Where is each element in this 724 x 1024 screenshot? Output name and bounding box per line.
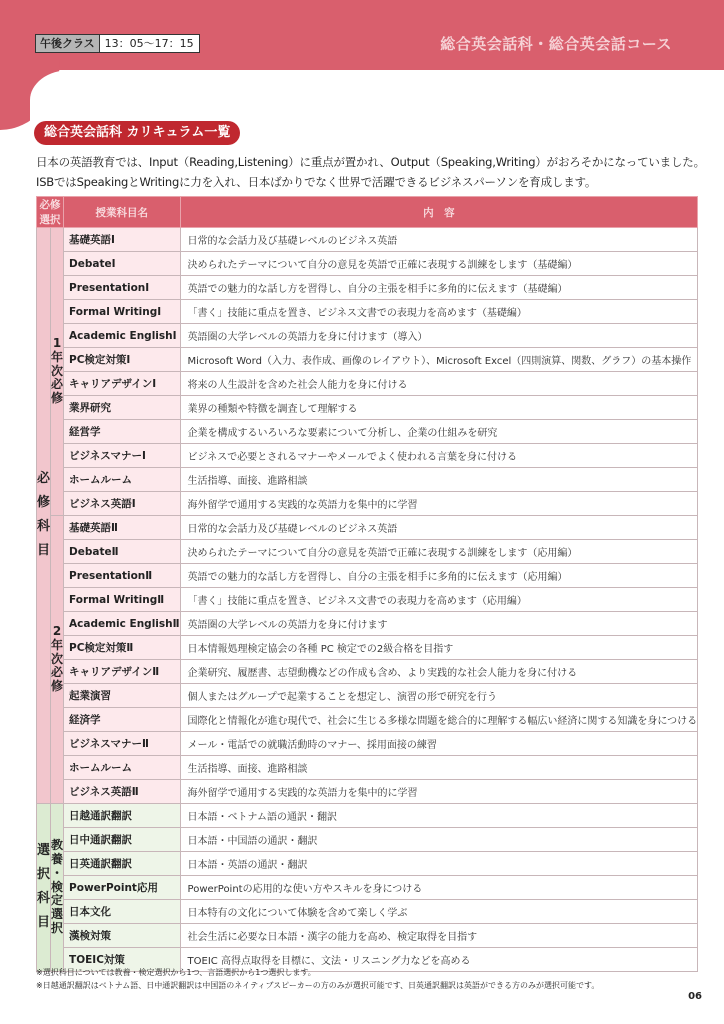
- header-required-elective: 必修選択: [37, 197, 64, 228]
- class-time-badge: 午後クラス 13：05〜17：15: [35, 34, 200, 53]
- intro-text: 日本の英語教育では、Input（Reading,Listening）に重点が置か…: [36, 152, 706, 192]
- subject-name: 経済学: [64, 708, 181, 732]
- subject-content: 企業を構成するいろいろな要素について分析し、企業の仕組みを研究: [180, 420, 698, 444]
- subject-name: PC検定対策Ⅰ: [64, 348, 181, 372]
- subject-name: 基礎英語Ⅱ: [64, 516, 181, 540]
- table-row: ホームルーム生活指導、面接、進路相談: [37, 756, 698, 780]
- table-row: ビジネスマナーⅡメール・電話での就職活動時のマナー、採用面接の練習: [37, 732, 698, 756]
- elective_sub-label-cell: 教養・検定選択: [51, 804, 64, 972]
- vertical-label-char: 科: [37, 892, 50, 907]
- intro-line: 日本の英語教育では、Input（Reading,Listening）に重点が置か…: [36, 152, 706, 172]
- table-row: 日中通訳翻訳日本語・中国語の通訳・翻訳: [37, 828, 698, 852]
- subject-content: 国際化と情報化が進む現代で、社会に生じる多様な問題を総合的に理解する幅広い経済に…: [180, 708, 698, 732]
- table-row: 業界研究業界の種類や特徴を調査して理解する: [37, 396, 698, 420]
- table-row: PresentationⅡ英語での魅力的な話し方を習得し、自分の主張を相手に多角…: [37, 564, 698, 588]
- vertical-label-char: 択: [51, 922, 63, 936]
- subject-content: 日本特有の文化について体験を含めて楽しく学ぶ: [180, 900, 698, 924]
- table-row: 日本文化日本特有の文化について体験を含めて楽しく学ぶ: [37, 900, 698, 924]
- subject-content: 日本語・英語の通訳・翻訳: [180, 852, 698, 876]
- table-row: ホームルーム生活指導、面接、進路相談: [37, 468, 698, 492]
- table-row: Academic EnglishⅠ英語圏の大学レベルの英語力を身に付けます（導入…: [37, 324, 698, 348]
- vertical-label-char: 次: [51, 365, 63, 379]
- table-row: Academic EnglishⅡ英語圏の大学レベルの英語力を身に付けます: [37, 612, 698, 636]
- table-row: PC検定対策Ⅱ日本情報処理検定協会の各種 PC 検定での2級合格を目指す: [37, 636, 698, 660]
- footnote: ※日越通訳翻訳はベトナム語、日中通訳翻訳は中国語のネイティブスピーカーの方のみが…: [36, 979, 599, 992]
- intro-line: ISBではSpeakingとWritingに力を入れ、日本ばかりでなく世界で活躍…: [36, 172, 706, 192]
- subject-name: DebateⅡ: [64, 540, 181, 564]
- table-row: PowerPoint応用PowerPointの応用的な使い方やスキルを身につける: [37, 876, 698, 900]
- table-row: キャリアデザインⅡ企業研究、履歴書、志望動機などの作成も含め、より実践的な社会人…: [37, 660, 698, 684]
- table-row: 起業演習個人またはグループで起業することを想定し、演習の形で研究を行う: [37, 684, 698, 708]
- year2-label-cell: 2年次必修: [51, 516, 64, 804]
- vertical-label-char: 修: [51, 680, 63, 694]
- vertical-label-char: ・: [51, 867, 63, 881]
- class-label: 午後クラス: [36, 35, 100, 52]
- vertical-label-char: 目: [37, 544, 50, 559]
- table-row: 漢検対策社会生活に必要な日本語・漢字の能力を高め、検定取得を目指す: [37, 924, 698, 948]
- table-body: 必修科目1年次必修基礎英語Ⅰ日常的な会話力及び基礎レベルのビジネス英語Debat…: [37, 228, 698, 972]
- vertical-label-char: 次: [51, 653, 63, 667]
- class-time: 13：05〜17：15: [100, 35, 199, 52]
- vertical-label-char: 選: [51, 908, 63, 922]
- subject-content: 海外留学で通用する実践的な英語力を集中的に学習: [180, 492, 698, 516]
- vertical-label-char: 修: [37, 496, 50, 511]
- vertical-label-char: 必: [37, 472, 50, 487]
- subject-content: 生活指導、面接、進路相談: [180, 468, 698, 492]
- section-title: 総合英会話科 カリキュラム一覧: [34, 121, 240, 145]
- subject-name: Academic EnglishⅡ: [64, 612, 181, 636]
- subject-name: 起業演習: [64, 684, 181, 708]
- subject-content: 「書く」技能に重点を置き、ビジネス文書での表現力を高めます（応用編）: [180, 588, 698, 612]
- vertical-label-char: 科: [37, 520, 50, 535]
- subject-name: Academic EnglishⅠ: [64, 324, 181, 348]
- subject-name: ホームルーム: [64, 756, 181, 780]
- table-header-row: 必修選択 授業科目名 内 容: [37, 197, 698, 228]
- subject-content: 日常的な会話力及び基礎レベルのビジネス英語: [180, 228, 698, 252]
- table-row: ビジネス英語Ⅰ海外留学で通用する実践的な英語力を集中的に学習: [37, 492, 698, 516]
- table-row: 必修科目1年次必修基礎英語Ⅰ日常的な会話力及び基礎レベルのビジネス英語: [37, 228, 698, 252]
- subject-content: 日本情報処理検定協会の各種 PC 検定での2級合格を目指す: [180, 636, 698, 660]
- subject-content: ビジネスで必要とされるマナーやメールでよく使われる言葉を身に付ける: [180, 444, 698, 468]
- subject-content: 社会生活に必要な日本語・漢字の能力を高め、検定取得を目指す: [180, 924, 698, 948]
- curriculum-table: 必修選択 授業科目名 内 容 必修科目1年次必修基礎英語Ⅰ日常的な会話力及び基礎…: [36, 196, 698, 972]
- subject-name: 日英通訳翻訳: [64, 852, 181, 876]
- subject-content: 将来の人生設計を含めた社会人能力を身に付ける: [180, 372, 698, 396]
- footnotes: ※選択科目については教養・検定選択から1つ、言語選択から1つ選択します。 ※日越…: [36, 966, 599, 992]
- vertical-label-char: 選: [37, 844, 50, 859]
- table-row: Formal WritingⅡ「書く」技能に重点を置き、ビジネス文書での表現力を…: [37, 588, 698, 612]
- subject-content: 「書く」技能に重点を置き、ビジネス文書での表現力を高めます（基礎編）: [180, 300, 698, 324]
- subject-content: 決められたテーマについて自分の意見を英語で正確に表現する訓練をします（基礎編）: [180, 252, 698, 276]
- vertical-label-char: 修: [51, 392, 63, 406]
- vertical-label-char: 年: [51, 351, 63, 365]
- required-label-cell: 必修科目: [37, 228, 51, 804]
- subject-name: PowerPoint応用: [64, 876, 181, 900]
- subject-content: 英語での魅力的な話し方を習得し、自分の主張を相手に多角的に伝えます（基礎編）: [180, 276, 698, 300]
- subject-name: 基礎英語Ⅰ: [64, 228, 181, 252]
- table-row: 経営学企業を構成するいろいろな要素について分析し、企業の仕組みを研究: [37, 420, 698, 444]
- subject-content: 業界の種類や特徴を調査して理解する: [180, 396, 698, 420]
- subject-content: 日常的な会話力及び基礎レベルのビジネス英語: [180, 516, 698, 540]
- table-row: Formal WritingⅠ「書く」技能に重点を置き、ビジネス文書での表現力を…: [37, 300, 698, 324]
- subject-name: PC検定対策Ⅱ: [64, 636, 181, 660]
- table-row: 経済学国際化と情報化が進む現代で、社会に生じる多様な問題を総合的に理解する幅広い…: [37, 708, 698, 732]
- subject-content: 英語圏の大学レベルの英語力を身に付けます（導入）: [180, 324, 698, 348]
- subject-content: Microsoft Word（入力、表作成、画像のレイアウト）、Microsof…: [180, 348, 698, 372]
- subject-content: 英語圏の大学レベルの英語力を身に付けます: [180, 612, 698, 636]
- subject-content: 海外留学で通用する実践的な英語力を集中的に学習: [180, 780, 698, 804]
- subject-content: 英語での魅力的な話し方を習得し、自分の主張を相手に多角的に伝えます（応用編）: [180, 564, 698, 588]
- subject-name: キャリアデザインⅡ: [64, 660, 181, 684]
- subject-name: 日本文化: [64, 900, 181, 924]
- subject-content: メール・電話での就職活動時のマナー、採用面接の練習: [180, 732, 698, 756]
- header-content: 内 容: [180, 197, 698, 228]
- subject-name: PresentationⅠ: [64, 276, 181, 300]
- table-row: 選択科目教養・検定選択日越通訳翻訳日本語・ベトナム語の通訳・翻訳: [37, 804, 698, 828]
- subject-content: 日本語・中国語の通訳・翻訳: [180, 828, 698, 852]
- table-row: 日英通訳翻訳日本語・英語の通訳・翻訳: [37, 852, 698, 876]
- subject-name: 日中通訳翻訳: [64, 828, 181, 852]
- vertical-label-char: 教: [51, 839, 63, 853]
- subject-name: PresentationⅡ: [64, 564, 181, 588]
- subject-content: 日本語・ベトナム語の通訳・翻訳: [180, 804, 698, 828]
- subject-content: 決められたテーマについて自分の意見を英語で正確に表現する訓練をします（応用編）: [180, 540, 698, 564]
- subject-name: Formal WritingⅡ: [64, 588, 181, 612]
- subject-content: PowerPointの応用的な使い方やスキルを身につける: [180, 876, 698, 900]
- header-subject: 授業科目名: [64, 197, 181, 228]
- subject-name: ビジネス英語Ⅱ: [64, 780, 181, 804]
- table-row: キャリアデザインⅠ将来の人生設計を含めた社会人能力を身に付ける: [37, 372, 698, 396]
- subject-name: DebateⅠ: [64, 252, 181, 276]
- vertical-label-char: 養: [51, 853, 63, 867]
- table-row: PC検定対策ⅠMicrosoft Word（入力、表作成、画像のレイアウト）、M…: [37, 348, 698, 372]
- subject-name: ビジネスマナーⅠ: [64, 444, 181, 468]
- vertical-label-char: 目: [37, 916, 50, 931]
- subject-name: Formal WritingⅠ: [64, 300, 181, 324]
- subject-name: 漢検対策: [64, 924, 181, 948]
- course-title: 総合英会話科・総合英会話コース: [440, 33, 672, 54]
- table-row: 2年次必修基礎英語Ⅱ日常的な会話力及び基礎レベルのビジネス英語: [37, 516, 698, 540]
- year1-label-cell: 1年次必修: [51, 228, 64, 516]
- table-row: ビジネス英語Ⅱ海外留学で通用する実践的な英語力を集中的に学習: [37, 780, 698, 804]
- subject-name: ビジネス英語Ⅰ: [64, 492, 181, 516]
- subject-content: 企業研究、履歴書、志望動機などの作成も含め、より実践的な社会人能力を身に付ける: [180, 660, 698, 684]
- subject-content: 個人またはグループで起業することを想定し、演習の形で研究を行う: [180, 684, 698, 708]
- table-row: DebateⅡ決められたテーマについて自分の意見を英語で正確に表現する訓練をしま…: [37, 540, 698, 564]
- table-row: DebateⅠ決められたテーマについて自分の意見を英語で正確に表現する訓練をしま…: [37, 252, 698, 276]
- elective-label-cell: 選択科目: [37, 804, 51, 972]
- subject-content: 生活指導、面接、進路相談: [180, 756, 698, 780]
- vertical-label-char: 年: [51, 639, 63, 653]
- subject-name: キャリアデザインⅠ: [64, 372, 181, 396]
- vertical-label-char: 1: [51, 337, 63, 351]
- subject-name: 日越通訳翻訳: [64, 804, 181, 828]
- subject-name: 業界研究: [64, 396, 181, 420]
- page-number: 06: [688, 991, 702, 1002]
- table-row: ビジネスマナーⅠビジネスで必要とされるマナーやメールでよく使われる言葉を身に付け…: [37, 444, 698, 468]
- vertical-label-char: 択: [37, 868, 50, 883]
- subject-name: 経営学: [64, 420, 181, 444]
- footnote: ※選択科目については教養・検定選択から1つ、言語選択から1つ選択します。: [36, 966, 599, 979]
- table-row: PresentationⅠ英語での魅力的な話し方を習得し、自分の主張を相手に多角…: [37, 276, 698, 300]
- subject-name: ビジネスマナーⅡ: [64, 732, 181, 756]
- subject-name: ホームルーム: [64, 468, 181, 492]
- vertical-label-char: 2: [51, 625, 63, 639]
